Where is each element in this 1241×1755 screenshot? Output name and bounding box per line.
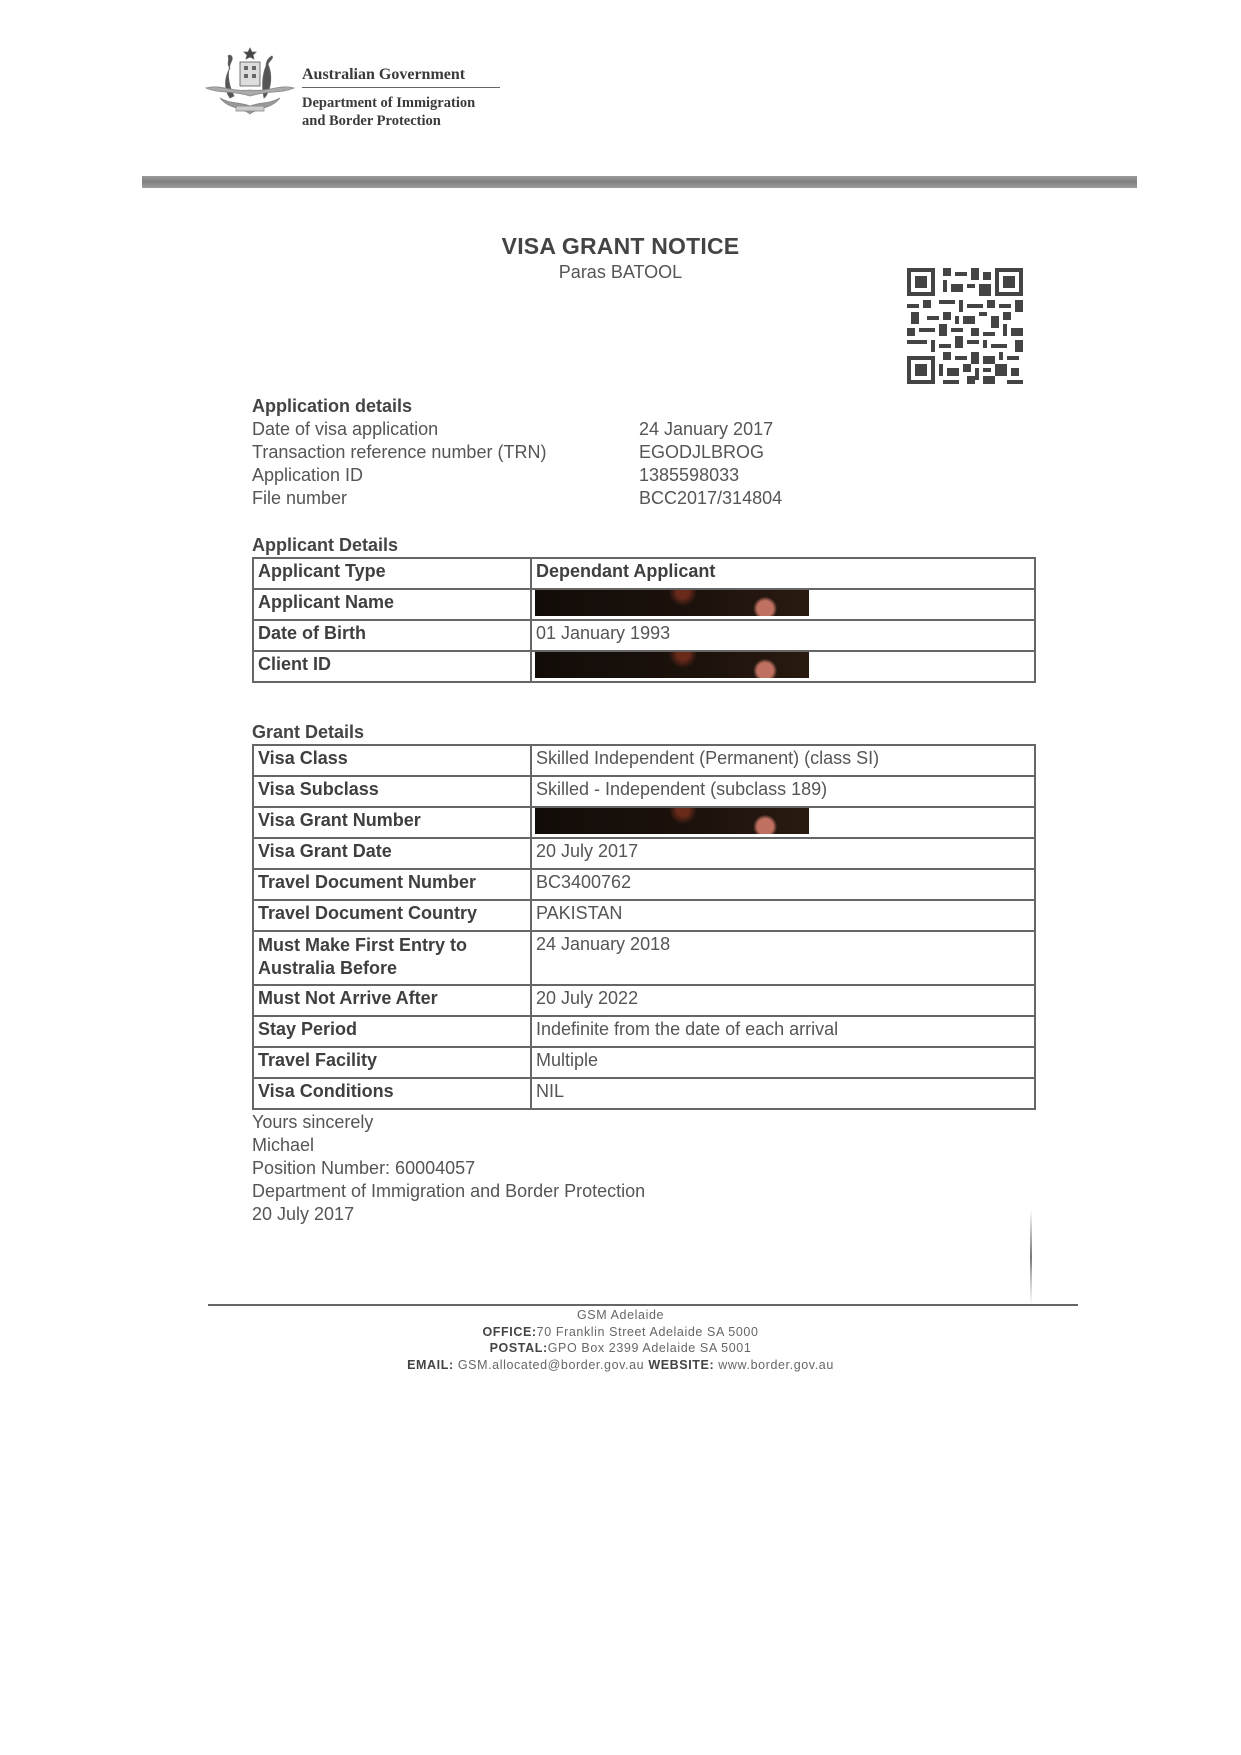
row-value bbox=[531, 589, 1035, 620]
table-row: Applicant Name bbox=[253, 589, 1035, 620]
redaction-block bbox=[535, 808, 809, 834]
dept-line-2: and Border Protection bbox=[302, 112, 500, 130]
row-label: Visa Grant Date bbox=[253, 838, 531, 869]
scan-mark bbox=[1030, 1210, 1032, 1305]
row-label: Stay Period bbox=[253, 1016, 531, 1047]
header-logo-text: Australian Government Department of Immi… bbox=[302, 66, 500, 130]
detail-value: 1385598033 bbox=[639, 464, 739, 487]
qr-code-icon bbox=[907, 268, 1023, 384]
row-value: BC3400762 bbox=[531, 869, 1035, 900]
office-name: GSM Adelaide bbox=[0, 1307, 1241, 1324]
row-value: Multiple bbox=[531, 1047, 1035, 1078]
coat-of-arms-icon bbox=[200, 44, 300, 124]
row-label: Visa Class bbox=[253, 745, 531, 776]
table-row: Applicant Type Dependant Applicant bbox=[253, 558, 1035, 589]
row-value bbox=[531, 651, 1035, 682]
table-row: Client ID bbox=[253, 651, 1035, 682]
table-row: Visa Subclass Skilled - Independent (sub… bbox=[253, 776, 1035, 807]
row-value: NIL bbox=[531, 1078, 1035, 1109]
detail-label: Application ID bbox=[252, 464, 363, 487]
row-value: Dependant Applicant bbox=[531, 558, 1035, 589]
closing-block: Yours sincerely Michael Position Number:… bbox=[252, 1111, 645, 1226]
closing-date: 20 July 2017 bbox=[252, 1203, 645, 1226]
applicant-details-heading: Applicant Details bbox=[252, 535, 398, 556]
detail-value: 24 January 2017 bbox=[639, 418, 773, 441]
table-row: Travel Document Number BC3400762 bbox=[253, 869, 1035, 900]
footer: GSM Adelaide OFFICE:70 Franklin Street A… bbox=[0, 1307, 1241, 1373]
redaction-block bbox=[535, 652, 809, 678]
grant-details-heading: Grant Details bbox=[252, 722, 364, 743]
table-row: Date of Birth 01 January 1993 bbox=[253, 620, 1035, 651]
grant-details-table: Visa Class Skilled Independent (Permanen… bbox=[252, 744, 1036, 1110]
office-value: 70 Franklin Street Adelaide SA 5000 bbox=[537, 1325, 759, 1339]
table-row: Must Not Arrive After 20 July 2022 bbox=[253, 985, 1035, 1016]
recipient-name: Paras BATOOL bbox=[0, 262, 1241, 283]
table-row: Visa Grant Date 20 July 2017 bbox=[253, 838, 1035, 869]
row-label: Travel Document Country bbox=[253, 900, 531, 931]
row-value: Skilled - Independent (subclass 189) bbox=[531, 776, 1035, 807]
row-value: 20 July 2022 bbox=[531, 985, 1035, 1016]
contact-line: EMAIL: GSM.allocated@border.gov.au WEBSI… bbox=[0, 1357, 1241, 1374]
redaction-block bbox=[535, 590, 809, 616]
applicant-details-table: Applicant Type Dependant Applicant Appli… bbox=[252, 557, 1036, 683]
office-address: OFFICE:70 Franklin Street Adelaide SA 50… bbox=[0, 1324, 1241, 1341]
position-number: Position Number: 60004057 bbox=[252, 1157, 645, 1180]
row-label: Client ID bbox=[253, 651, 531, 682]
office-label: OFFICE: bbox=[482, 1325, 536, 1339]
table-row: Visa Class Skilled Independent (Permanen… bbox=[253, 745, 1035, 776]
row-value bbox=[531, 807, 1035, 838]
detail-value: EGODJLBROG bbox=[639, 441, 764, 464]
row-value: 24 January 2018 bbox=[531, 931, 1035, 985]
table-row: Stay Period Indefinite from the date of … bbox=[253, 1016, 1035, 1047]
row-value: 01 January 1993 bbox=[531, 620, 1035, 651]
postal-value: GPO Box 2399 Adelaide SA 5001 bbox=[548, 1341, 752, 1355]
application-details-heading: Application details bbox=[252, 396, 412, 417]
row-label: Applicant Type bbox=[253, 558, 531, 589]
table-row: Travel Facility Multiple bbox=[253, 1047, 1035, 1078]
footer-divider bbox=[208, 1304, 1078, 1306]
row-value: Skilled Independent (Permanent) (class S… bbox=[531, 745, 1035, 776]
row-label: Must Make First Entry to Australia Befor… bbox=[253, 931, 531, 985]
detail-value: BCC2017/314804 bbox=[639, 487, 782, 510]
postal-label: POSTAL: bbox=[490, 1341, 548, 1355]
postal-address: POSTAL:GPO Box 2399 Adelaide SA 5001 bbox=[0, 1340, 1241, 1357]
row-label: Visa Conditions bbox=[253, 1078, 531, 1109]
row-value: 20 July 2017 bbox=[531, 838, 1035, 869]
detail-label: Transaction reference number (TRN) bbox=[252, 441, 546, 464]
org-name: Australian Government bbox=[302, 66, 500, 88]
signatory-name: Michael bbox=[252, 1134, 645, 1157]
row-value: Indefinite from the date of each arrival bbox=[531, 1016, 1035, 1047]
email-link[interactable]: GSM.allocated@border.gov.au bbox=[454, 1358, 649, 1372]
dept-line-1: Department of Immigration bbox=[302, 94, 500, 112]
table-row: Must Make First Entry to Australia Befor… bbox=[253, 931, 1035, 985]
detail-label: File number bbox=[252, 487, 347, 510]
website-link[interactable]: www.border.gov.au bbox=[714, 1358, 834, 1372]
signatory-department: Department of Immigration and Border Pro… bbox=[252, 1180, 645, 1203]
salutation: Yours sincerely bbox=[252, 1111, 645, 1134]
row-label: Date of Birth bbox=[253, 620, 531, 651]
table-row: Visa Grant Number bbox=[253, 807, 1035, 838]
row-label: Travel Document Number bbox=[253, 869, 531, 900]
application-details-list: Date of visa application 24 January 2017… bbox=[252, 418, 852, 513]
header-divider-bar bbox=[142, 176, 1137, 188]
email-label: EMAIL: bbox=[407, 1358, 454, 1372]
row-label: Travel Facility bbox=[253, 1047, 531, 1078]
table-row: Visa Conditions NIL bbox=[253, 1078, 1035, 1109]
row-label: Visa Grant Number bbox=[253, 807, 531, 838]
notice-title: VISA GRANT NOTICE bbox=[0, 233, 1241, 260]
detail-label: Date of visa application bbox=[252, 418, 438, 441]
website-label: WEBSITE: bbox=[648, 1358, 714, 1372]
table-row: Travel Document Country PAKISTAN bbox=[253, 900, 1035, 931]
row-value: PAKISTAN bbox=[531, 900, 1035, 931]
row-label: Visa Subclass bbox=[253, 776, 531, 807]
row-label: Applicant Name bbox=[253, 589, 531, 620]
row-label: Must Not Arrive After bbox=[253, 985, 531, 1016]
